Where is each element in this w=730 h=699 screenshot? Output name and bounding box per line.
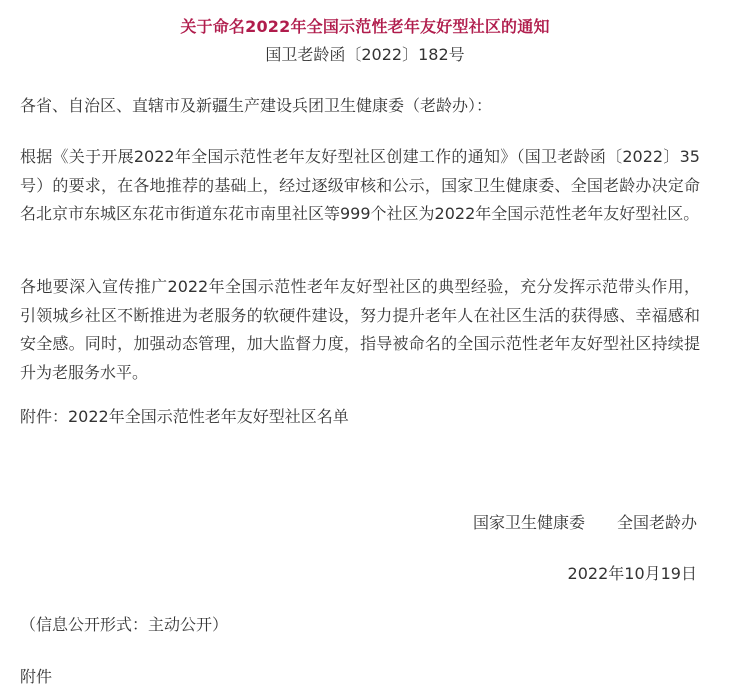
issue-date: 2022年10月19日: [568, 562, 697, 586]
document-number: 国卫老龄函〔2022〕182号: [0, 43, 730, 67]
disclosure-note: （信息公开形式：主动公开）: [20, 613, 228, 637]
notice-document: 关于命名2022年全国示范性老年友好型社区的通知 国卫老龄函〔2022〕182号…: [0, 0, 730, 699]
signatory-nhc: 国家卫生健康委: [473, 513, 585, 532]
paragraph-promotion-requirements: 各地要深入宣传推广2022年全国示范性老年友好型社区的典型经验，充分发挥示范带头…: [20, 273, 700, 387]
document-title: 关于命名2022年全国示范性老年友好型社区的通知: [0, 15, 730, 39]
paragraph-naming-decision: 根据《关于开展2022年全国示范性老年友好型社区创建工作的通知》（国卫老龄函〔2…: [20, 143, 700, 229]
signatory-aging-office: 全国老龄办: [617, 513, 697, 532]
attachment-reference: 附件：2022年全国示范性老年友好型社区名单: [20, 403, 700, 432]
signatories: 国家卫生健康委全国老龄办: [473, 511, 697, 535]
attachment-heading: 附件: [20, 665, 52, 689]
addressee: 各省、自治区、直辖市及新疆生产建设兵团卫生健康委（老龄办）：: [20, 92, 700, 121]
